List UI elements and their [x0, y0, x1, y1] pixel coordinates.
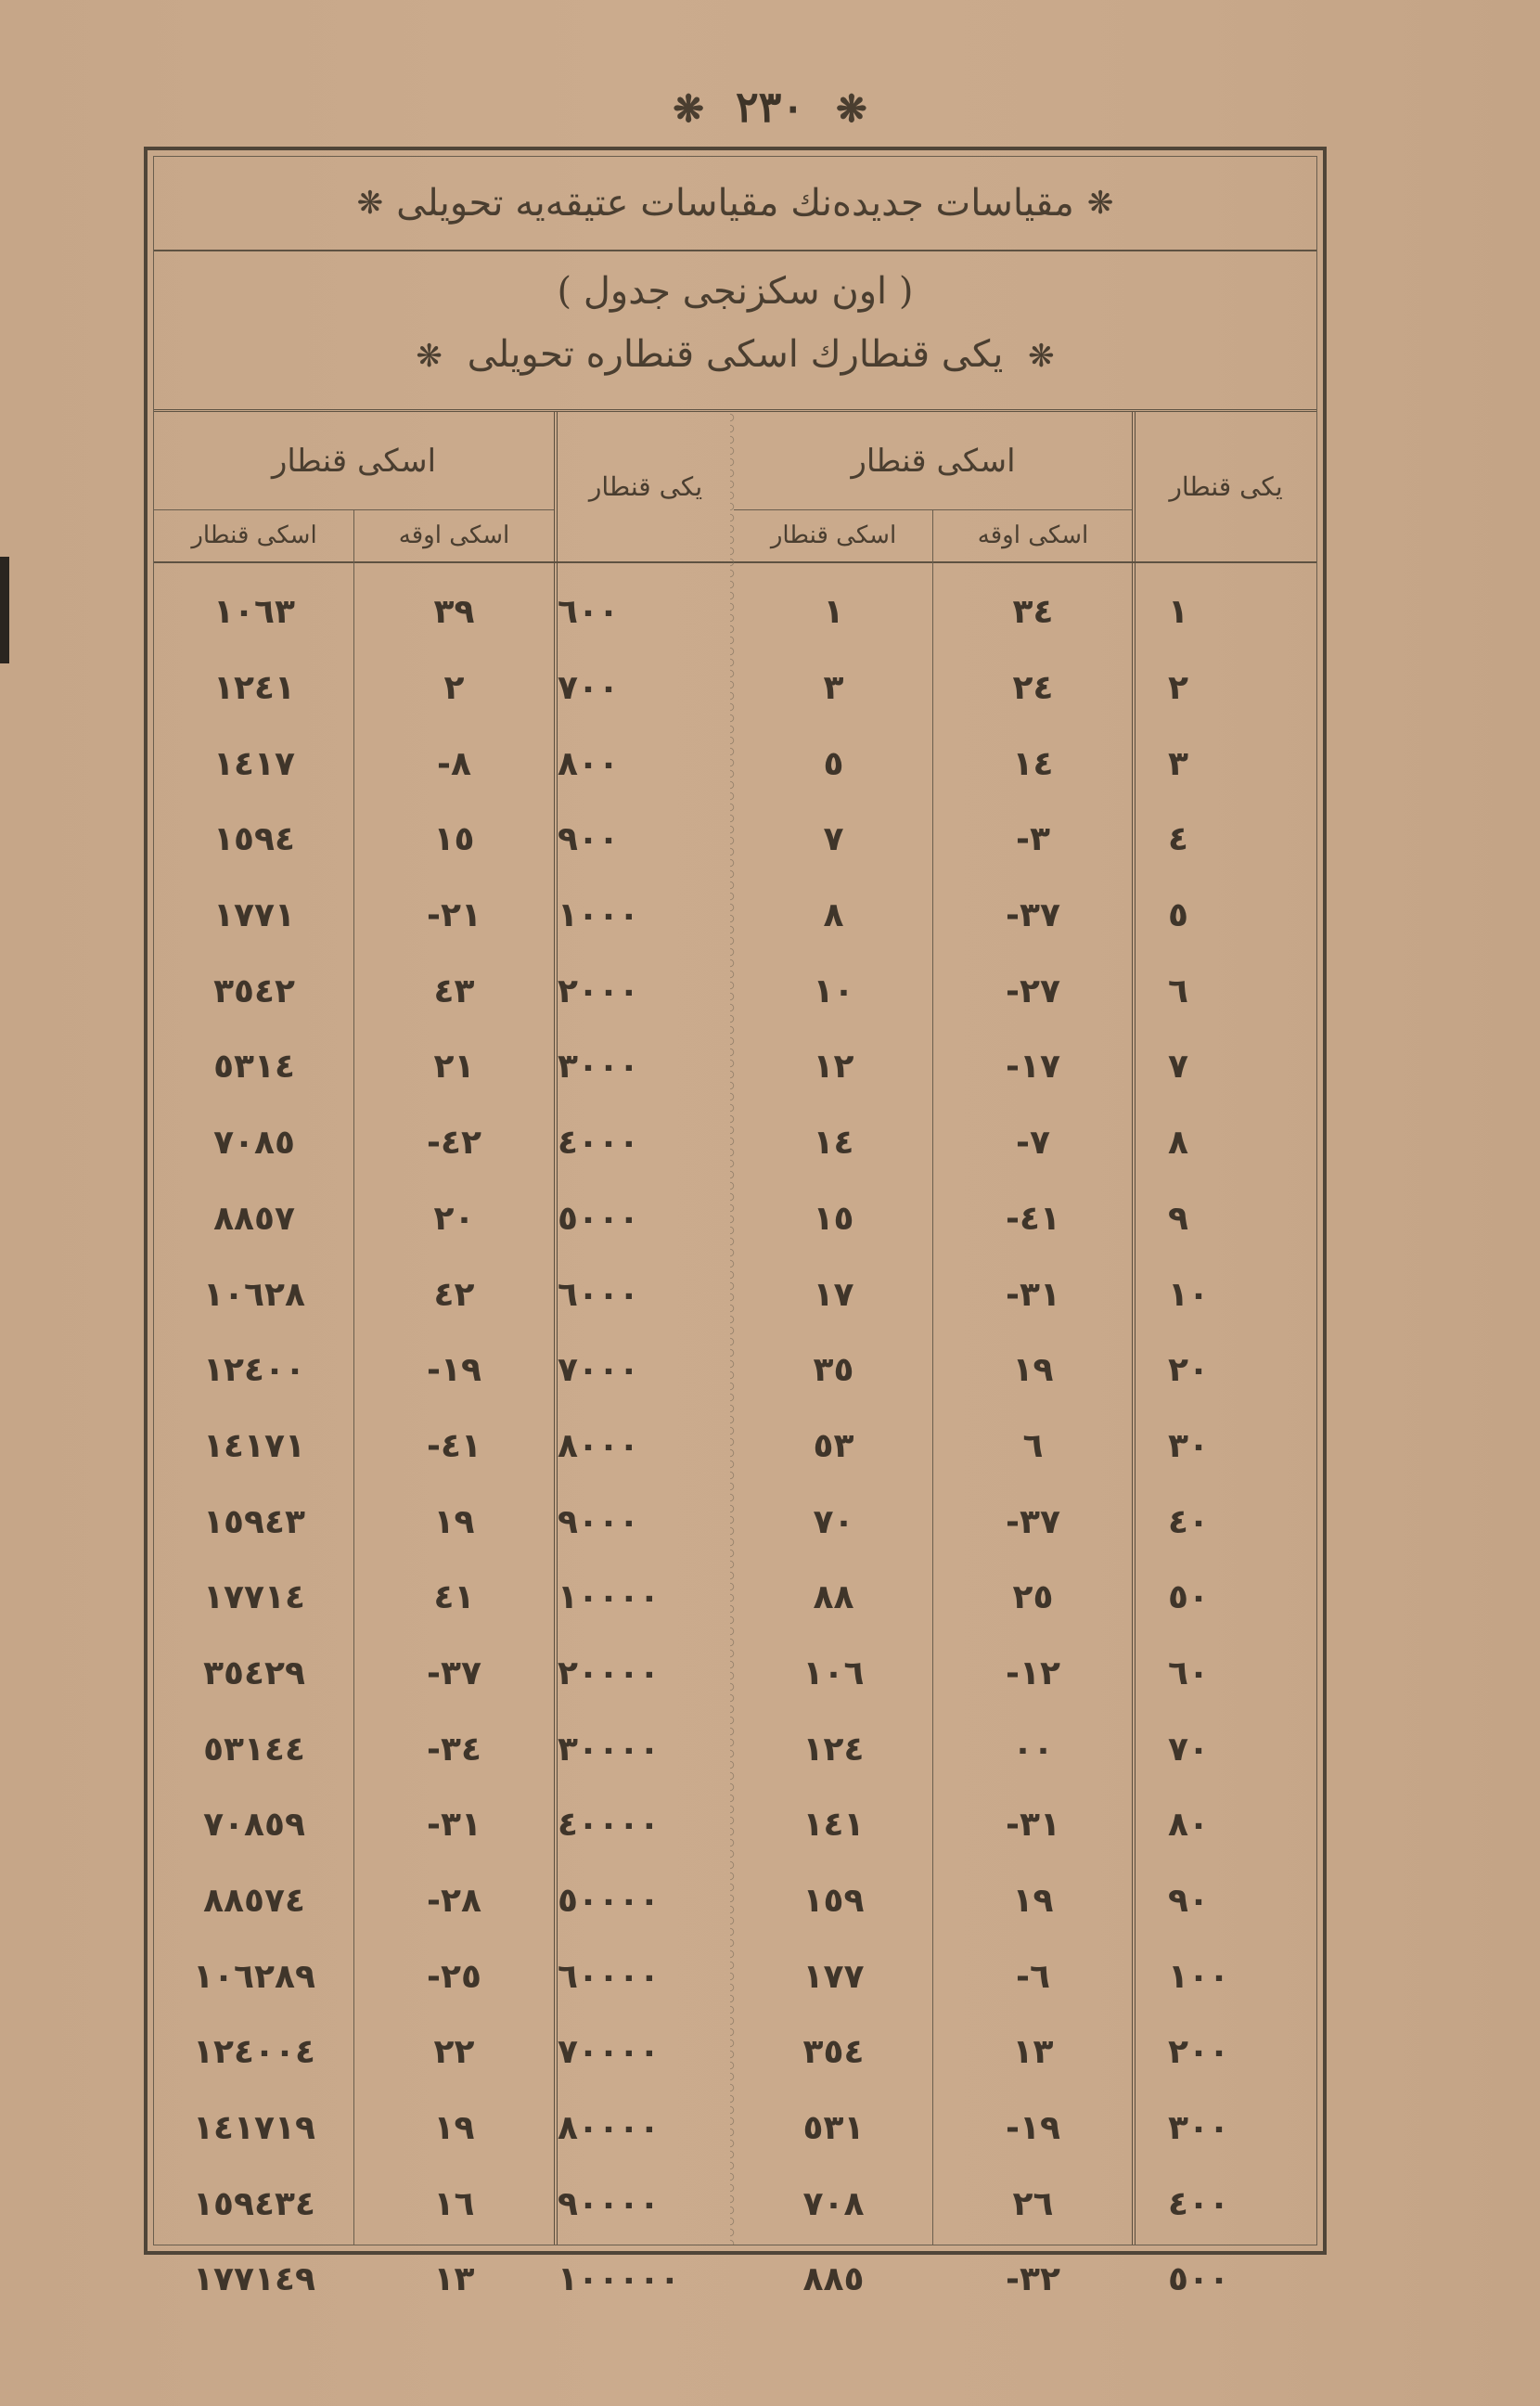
cell-left-eski-kantar: ١٢٤٠٠٤ — [154, 2014, 354, 2091]
cell-left-eski-okka: ٣٧- — [354, 1636, 554, 1712]
cell-left-eski-kantar: ١٧٧١ — [154, 878, 354, 954]
cell-left-eski-okka: ٢٨- — [354, 1863, 554, 1939]
cell-right-eski-okka: ١٣ — [933, 2014, 1133, 2091]
cell-right-eski-kantar: ١٤١ — [734, 1787, 933, 1863]
table-row: ٩ ٤١- ١٥ ٥٠٠٠ ٢٠ ٨٨٥٧ — [154, 1181, 1316, 1257]
table-row: ٥٠ ٢٥ ٨٨ ١٠٠٠٠ ٤١ ١٧٧١٤ — [154, 1560, 1316, 1636]
cell-left-eski-okka: ٤١ — [354, 1560, 554, 1636]
cell-right-eski-okka: ٢٤ — [933, 650, 1133, 727]
cell-right-yeni-kantar: ٧ — [1168, 1029, 1316, 1105]
cell-right-eski-kantar: ١٠ — [734, 953, 933, 1029]
cell-left-eski-okka: ٢٥- — [354, 1938, 554, 2014]
cell-left-yeni-kantar: ٤٠٠٠٠ — [558, 1787, 734, 1863]
cell-left-eski-okka: ٤٢- — [354, 1105, 554, 1181]
cell-left-yeni-kantar: ٥٠٠٠٠ — [558, 1863, 734, 1939]
cell-left-eski-kantar: ٨٨٥٧ — [154, 1181, 354, 1257]
table-caption: ❋ يكى قنطارك اسكى قنطارە تحويلى ❋ — [154, 333, 1316, 376]
cell-right-eski-kantar: ١٥ — [734, 1181, 933, 1257]
table-title-text: مقياسات جديدەنك مقياسات عتيقەيە تحويلى — [396, 182, 1074, 225]
cell-right-eski-okka: ١٢- — [933, 1636, 1133, 1712]
cell-left-yeni-kantar: ٢٠٠٠٠ — [558, 1636, 734, 1712]
cell-left-eski-okka: ٣٩ — [354, 574, 554, 650]
cell-right-eski-okka: ٣- — [933, 802, 1133, 878]
cell-left-yeni-kantar: ١٠٠٠٠٠ — [558, 2242, 734, 2318]
cell-left-yeni-kantar: ٧٠٠٠ — [558, 1332, 734, 1409]
conversion-table: ❋ مقياسات جديدەنك مقياسات عتيقەيە تحويلى… — [144, 147, 1327, 2255]
header-right-eski-kantar-group: اسكى قنطار — [734, 412, 1133, 510]
cell-left-eski-kantar: ٣٥٤٢٩ — [154, 1636, 354, 1712]
table-row: ١ ٣٤ ١ ٦٠٠ ٣٩ ١٠٦٣ — [154, 574, 1316, 650]
table-title: ❋ مقياسات جديدەنك مقياسات عتيقەيە تحويلى… — [154, 157, 1316, 251]
cell-left-yeni-kantar: ٩٠٠٠ — [558, 1484, 734, 1560]
table-row: ٥٠٠ ٣٢- ٨٨٥ ١٠٠٠٠٠ ١٣ ١٧٧١٤٩ — [154, 2242, 1316, 2318]
table-subtitle-block: ( اون سكزنجى جدول ) ❋ يكى قنطارك اسكى قن… — [154, 250, 1316, 412]
cell-left-eski-kantar: ٥٣١٤ — [154, 1029, 354, 1105]
cell-left-yeni-kantar: ٢٠٠٠ — [558, 953, 734, 1029]
cell-right-yeni-kantar: ٥ — [1168, 878, 1316, 954]
cell-right-yeni-kantar: ٨ — [1168, 1105, 1316, 1181]
cell-left-yeni-kantar: ١٠٠٠٠ — [558, 1560, 734, 1636]
ornament-icon: ❋ — [357, 185, 384, 222]
cell-left-eski-okka: ٢٠ — [354, 1181, 554, 1257]
cell-right-eski-okka: ٤١- — [933, 1181, 1133, 1257]
cell-right-yeni-kantar: ٤٠ — [1168, 1484, 1316, 1560]
cell-right-yeni-kantar: ٢٠ — [1168, 1332, 1316, 1409]
cell-right-yeni-kantar: ١٠ — [1168, 1256, 1316, 1332]
cell-left-yeni-kantar: ٨٠٠٠٠ — [558, 2091, 734, 2167]
cell-right-eski-kantar: ١٥٩ — [734, 1863, 933, 1939]
cell-left-eski-okka: ٣٤- — [354, 1711, 554, 1787]
cell-right-eski-kantar: ٧ — [734, 802, 933, 878]
cell-right-yeni-kantar: ٥٠٠ — [1168, 2242, 1316, 2318]
cell-right-eski-okka: ٠٠ — [933, 1711, 1133, 1787]
cell-right-yeni-kantar: ٢ — [1168, 650, 1316, 727]
table-row: ٥ ٣٧- ٨ ١٠٠٠ ٢١- ١٧٧١ — [154, 878, 1316, 954]
cell-left-eski-okka: ٢١- — [354, 878, 554, 954]
cell-right-eski-kantar: ١٢ — [734, 1029, 933, 1105]
table-row: ٣٠ ٦ ٥٣ ٨٠٠٠ ٤١- ١٤١٧١ — [154, 1409, 1316, 1485]
cell-right-yeni-kantar: ٢٠٠ — [1168, 2014, 1316, 2091]
cell-right-eski-okka: ١٧- — [933, 1029, 1133, 1105]
cell-right-eski-kantar: ٥٣١ — [734, 2091, 933, 2167]
cell-left-eski-kantar: ١٤١٧١ — [154, 1409, 354, 1485]
cell-left-eski-kantar: ١٠٦٢٨ — [154, 1256, 354, 1332]
ornament-icon: ❋ — [673, 87, 704, 131]
cell-left-yeni-kantar: ٩٠٠ — [558, 802, 734, 878]
header-right-yeni-kantar: يكى قنطار — [1136, 412, 1316, 561]
cell-right-eski-kantar: ١٧٧ — [734, 1938, 933, 2014]
cell-left-eski-okka: ٨- — [354, 726, 554, 802]
cell-left-eski-okka: ٣١- — [354, 1787, 554, 1863]
cell-left-eski-kantar: ٨٨٥٧٤ — [154, 1863, 354, 1939]
table-row: ٦٠ ١٢- ١٠٦ ٢٠٠٠٠ ٣٧- ٣٥٤٢٩ — [154, 1636, 1316, 1712]
table-row: ٤٠ ٣٧- ٧٠ ٩٠٠٠ ١٩ ١٥٩٤٣ — [154, 1484, 1316, 1560]
cell-right-yeni-kantar: ٤٠٠ — [1168, 2166, 1316, 2242]
header-left-eski-okka: اسكى اوقە — [354, 509, 554, 561]
table-body: ١ ٣٤ ١ ٦٠٠ ٣٩ ١٠٦٣ ٢ ٢٤ ٣ ٧٠٠ ٢ ١٢٤١ ٣ ١… — [154, 574, 1316, 2318]
cell-left-yeni-kantar: ٤٠٠٠ — [558, 1105, 734, 1181]
cell-right-eski-kantar: ١٠٦ — [734, 1636, 933, 1712]
cell-right-eski-okka: ٦- — [933, 1938, 1133, 2014]
cell-left-eski-kantar: ١٤١٧ — [154, 726, 354, 802]
cell-left-eski-kantar: ١٤١٧١٩ — [154, 2091, 354, 2167]
cell-left-yeni-kantar: ٦٠٠٠٠ — [558, 1938, 734, 2014]
cell-left-eski-okka: ٢ — [354, 650, 554, 727]
cell-right-yeni-kantar: ٣ — [1168, 726, 1316, 802]
cell-right-eski-okka: ٣١- — [933, 1256, 1133, 1332]
cell-left-yeni-kantar: ٣٠٠٠٠ — [558, 1711, 734, 1787]
cell-left-eski-kantar: ٣٥٤٢ — [154, 953, 354, 1029]
cell-right-eski-kantar: ٣٥ — [734, 1332, 933, 1409]
table-row: ٢٠٠ ١٣ ٣٥٤ ٧٠٠٠٠ ٢٢ ١٢٤٠٠٤ — [154, 2014, 1316, 2091]
cell-right-yeni-kantar: ١ — [1168, 574, 1316, 650]
cell-left-eski-okka: ٤٢ — [354, 1256, 554, 1332]
table-row: ١٠٠ ٦- ١٧٧ ٦٠٠٠٠ ٢٥- ١٠٦٢٨٩ — [154, 1938, 1316, 2014]
header-right-eski-okka: اسكى اوقە — [933, 509, 1133, 561]
table-row: ٣ ١٤ ٥ ٨٠٠ ٨- ١٤١٧ — [154, 726, 1316, 802]
cell-right-eski-okka: ٣٢- — [933, 2242, 1133, 2318]
cell-left-eski-okka: ٤٣ — [354, 953, 554, 1029]
cell-left-eski-kantar: ١٥٩٤٣٤ — [154, 2166, 354, 2242]
cell-left-eski-kantar: ٧٠٨٥ — [154, 1105, 354, 1181]
cell-right-eski-kantar: ١٢٤ — [734, 1711, 933, 1787]
cell-left-yeni-kantar: ٧٠٠٠٠ — [558, 2014, 734, 2091]
cell-right-eski-kantar: ٧٠٨ — [734, 2166, 933, 2242]
table-row: ٩٠ ١٩ ١٥٩ ٥٠٠٠٠ ٢٨- ٨٨٥٧٤ — [154, 1863, 1316, 1939]
cell-right-eski-okka: ١٩ — [933, 1332, 1133, 1409]
cell-right-eski-okka: ٢٥ — [933, 1560, 1133, 1636]
cell-right-eski-okka: ١٤ — [933, 726, 1133, 802]
cell-right-eski-okka: ٣٧- — [933, 1484, 1133, 1560]
cell-left-eski-kantar: ٧٠٨٥٩ — [154, 1787, 354, 1863]
table-grid: يكى قنطار اسكى قنطار اسكى اوقە اسكى قنطا… — [154, 412, 1316, 2245]
cell-right-eski-okka: ١٩- — [933, 2091, 1133, 2167]
cell-right-eski-kantar: ٧٠ — [734, 1484, 933, 1560]
cell-left-eski-okka: ١٣ — [354, 2242, 554, 2318]
cell-right-eski-kantar: ٥٣ — [734, 1409, 933, 1485]
cell-left-yeni-kantar: ٦٠٠٠ — [558, 1256, 734, 1332]
cell-left-eski-okka: ٤١- — [354, 1409, 554, 1485]
cell-left-eski-kantar: ١٢٤٠٠ — [154, 1332, 354, 1409]
cell-right-yeni-kantar: ١٠٠ — [1168, 1938, 1316, 2014]
cell-left-eski-kantar: ١٥٩٤٣ — [154, 1484, 354, 1560]
table-row: ١٠ ٣١- ١٧ ٦٠٠٠ ٤٢ ١٠٦٢٨ — [154, 1256, 1316, 1332]
cell-left-yeni-kantar: ٣٠٠٠ — [558, 1029, 734, 1105]
cell-right-yeni-kantar: ٨٠ — [1168, 1787, 1316, 1863]
cell-left-yeni-kantar: ١٠٠٠ — [558, 878, 734, 954]
cell-right-yeni-kantar: ٣٠٠ — [1168, 2091, 1316, 2167]
table-row: ٧ ١٧- ١٢ ٣٠٠٠ ٢١ ٥٣١٤ — [154, 1029, 1316, 1105]
cell-right-eski-okka: ٧- — [933, 1105, 1133, 1181]
cell-left-eski-kantar: ١٧٧١٤ — [154, 1560, 354, 1636]
table-number: ( اون سكزنجى جدول ) — [154, 270, 1316, 313]
cell-right-eski-okka: ٣١- — [933, 1787, 1133, 1863]
ornament-icon: ❋ — [416, 338, 443, 375]
cell-left-eski-kantar: ٥٣١٤٤ — [154, 1711, 354, 1787]
table-row: ٧٠ ٠٠ ١٢٤ ٣٠٠٠٠ ٣٤- ٥٣١٤٤ — [154, 1711, 1316, 1787]
binding-edge-mark — [0, 557, 9, 663]
cell-right-yeni-kantar: ٩٠ — [1168, 1863, 1316, 1939]
cell-left-eski-kantar: ١٧٧١٤٩ — [154, 2242, 354, 2318]
cell-left-yeni-kantar: ٥٠٠٠ — [558, 1181, 734, 1257]
cell-right-eski-kantar: ٨٨ — [734, 1560, 933, 1636]
table-row: ٤٠٠ ٢٦ ٧٠٨ ٩٠٠٠٠ ١٦ ١٥٩٤٣٤ — [154, 2166, 1316, 2242]
cell-left-eski-kantar: ١٠٦٢٨٩ — [154, 1938, 354, 2014]
cell-left-eski-okka: ١٦ — [354, 2166, 554, 2242]
cell-right-yeni-kantar: ٧٠ — [1168, 1711, 1316, 1787]
cell-right-eski-okka: ٢٧- — [933, 953, 1133, 1029]
table-row: ٨٠ ٣١- ١٤١ ٤٠٠٠٠ ٣١- ٧٠٨٥٩ — [154, 1787, 1316, 1863]
cell-left-eski-okka: ٢٢ — [354, 2014, 554, 2091]
cell-right-eski-okka: ٦ — [933, 1409, 1133, 1485]
cell-right-yeni-kantar: ٣٠ — [1168, 1409, 1316, 1485]
table-row: ٢ ٢٤ ٣ ٧٠٠ ٢ ١٢٤١ — [154, 650, 1316, 727]
table-row: ٨ ٧- ١٤ ٤٠٠٠ ٤٢- ٧٠٨٥ — [154, 1105, 1316, 1181]
cell-right-eski-kantar: ١٤ — [734, 1105, 933, 1181]
cell-right-yeni-kantar: ٩ — [1168, 1181, 1316, 1257]
cell-right-eski-okka: ١٩ — [933, 1863, 1133, 1939]
cell-right-eski-kantar: ٨٨٥ — [734, 2242, 933, 2318]
cell-left-eski-okka: ١٥ — [354, 802, 554, 878]
ornament-icon: ❋ — [836, 87, 867, 131]
cell-left-eski-okka: ٢١ — [354, 1029, 554, 1105]
cell-left-eski-kantar: ١٥٩٤ — [154, 802, 354, 878]
cell-left-eski-okka: ١٩- — [354, 1332, 554, 1409]
cell-right-eski-kantar: ٥ — [734, 726, 933, 802]
header-left-eski-kantar: اسكى قنطار — [154, 509, 354, 561]
cell-right-eski-okka: ٣٧- — [933, 878, 1133, 954]
cell-left-yeni-kantar: ٧٠٠ — [558, 650, 734, 727]
cell-left-eski-kantar: ١٢٤١ — [154, 650, 354, 727]
cell-left-yeni-kantar: ٦٠٠ — [558, 574, 734, 650]
ornament-icon: ❋ — [1028, 338, 1055, 375]
cell-right-yeni-kantar: ٦ — [1168, 953, 1316, 1029]
cell-left-eski-okka: ١٩ — [354, 1484, 554, 1560]
ornament-icon: ❋ — [1087, 185, 1114, 222]
cell-left-eski-okka: ١٩ — [354, 2091, 554, 2167]
table-row: ٦ ٢٧- ١٠ ٢٠٠٠ ٤٣ ٣٥٤٢ — [154, 953, 1316, 1029]
cell-left-yeni-kantar: ٨٠٠٠ — [558, 1409, 734, 1485]
cell-left-yeni-kantar: ٨٠٠ — [558, 726, 734, 802]
cell-right-eski-okka: ٣٤ — [933, 574, 1133, 650]
cell-right-eski-kantar: ٣ — [734, 650, 933, 727]
page-number: ❋ ٢٣٠ ❋ — [0, 82, 1540, 132]
cell-right-eski-kantar: ٣٥٤ — [734, 2014, 933, 2091]
cell-right-eski-okka: ٢٦ — [933, 2166, 1133, 2242]
table-caption-text: يكى قنطارك اسكى قنطارە تحويلى — [468, 333, 1004, 376]
table-row: ٢٠ ١٩ ٣٥ ٧٠٠٠ ١٩- ١٢٤٠٠ — [154, 1332, 1316, 1409]
header-left-yeni-kantar: يكى قنطار — [558, 412, 734, 561]
cell-right-yeni-kantar: ٦٠ — [1168, 1636, 1316, 1712]
cell-left-yeni-kantar: ٩٠٠٠٠ — [558, 2166, 734, 2242]
page-number-value: ٢٣٠ — [736, 82, 804, 132]
header-left-eski-kantar-group: اسكى قنطار — [154, 412, 554, 510]
cell-right-eski-kantar: ١٧ — [734, 1256, 933, 1332]
cell-right-eski-kantar: ٨ — [734, 878, 933, 954]
header-right-eski-kantar: اسكى قنطار — [734, 509, 933, 561]
table-row: ٤ ٣- ٧ ٩٠٠ ١٥ ١٥٩٤ — [154, 802, 1316, 878]
cell-left-eski-kantar: ١٠٦٣ — [154, 574, 354, 650]
cell-right-eski-kantar: ١ — [734, 574, 933, 650]
cell-right-yeni-kantar: ٤ — [1168, 802, 1316, 878]
cell-right-yeni-kantar: ٥٠ — [1168, 1560, 1316, 1636]
table-row: ٣٠٠ ١٩- ٥٣١ ٨٠٠٠٠ ١٩ ١٤١٧١٩ — [154, 2091, 1316, 2167]
